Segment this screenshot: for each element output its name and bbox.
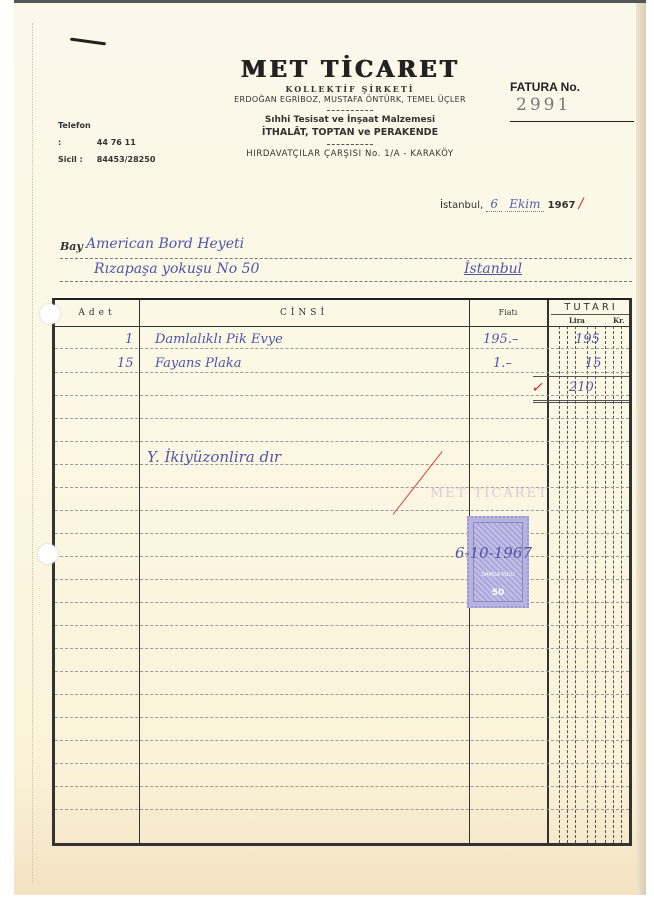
company-rubber-stamp: MET TİCARET	[430, 486, 549, 501]
date-month: Ekim	[505, 197, 544, 212]
addressee-block: Bay American Bord Heyeti Rızapaşa yokuşu…	[60, 236, 632, 282]
company-name: MET TİCARET	[200, 56, 500, 83]
row-line	[55, 740, 629, 741]
total-grid-line	[559, 326, 560, 843]
row-line	[55, 648, 629, 649]
row-2-description: Fayans Plaka	[155, 356, 241, 371]
total-grid-line	[605, 326, 606, 843]
addressee-line-1: Bay American Bord Heyeti	[60, 236, 632, 259]
header-total: TUTARI	[551, 302, 631, 313]
divider	[327, 110, 373, 111]
total-grid-line	[621, 326, 622, 843]
total-header-divider	[551, 314, 629, 315]
total-grid-line	[613, 326, 614, 843]
perforation-edge	[32, 23, 34, 883]
column-divider-qty	[139, 300, 140, 843]
total-grid-line	[567, 326, 568, 843]
row-line	[55, 694, 629, 695]
revenue-stamp-label: DAMGA PULU	[469, 572, 527, 578]
total-grid-line	[595, 326, 596, 843]
table-header: Adet CİNSİ Fiatı TUTARI Lira Kr.	[55, 300, 629, 327]
addressee-line-2: Rızapaşa yokuşu No 50 İstanbul	[60, 259, 632, 282]
company-partners: ERDOĞAN EGRİBOZ, MUSTAFA ÖNTÜRK, TEMEL Ü…	[200, 95, 500, 104]
total-double-line	[533, 402, 629, 403]
header-description: CİNSİ	[139, 308, 469, 318]
punch-hole-top	[40, 304, 60, 324]
header-qty: Adet	[55, 308, 139, 318]
divider	[327, 144, 373, 145]
punch-hole-bottom	[38, 544, 58, 564]
red-check-mark: /	[579, 196, 584, 212]
addressee-name: American Bord Heyeti	[86, 236, 244, 252]
column-divider-total	[547, 300, 549, 843]
red-check-mark: ✓	[531, 380, 543, 396]
row-1-total: 195	[575, 332, 600, 347]
row-line	[55, 441, 629, 442]
row-line	[55, 786, 629, 787]
row-2-qty: 15	[117, 356, 134, 371]
red-cancel-stroke	[393, 451, 443, 515]
addressee-city: İstanbul	[464, 261, 522, 277]
row-line	[55, 510, 629, 511]
phone-label: Telefon :	[58, 117, 94, 151]
invoice-table: Adet CİNSİ Fiatı TUTARI Lira Kr. 1 Damla…	[52, 298, 632, 846]
total-grid-line	[587, 326, 588, 843]
addressee-prefix: Bay	[60, 240, 83, 253]
sicil-row: Sicil : 84453/28250	[58, 151, 155, 168]
row-1-description: Damlalıklı Pik Evye	[155, 332, 283, 347]
stamp-cancel-date: 6-10-1967	[455, 544, 532, 562]
date-day: 6	[486, 197, 502, 212]
header-price: Fiatı	[469, 308, 547, 317]
paper-edge-shadow	[636, 3, 646, 895]
sicil-value: 84453/28250	[97, 155, 156, 164]
date-year: 1967	[548, 200, 576, 211]
company-letterhead: MET TİCARET KOLLEKTİF ŞİRKETİ ERDOĞAN EG…	[200, 56, 500, 159]
row-line	[55, 809, 629, 810]
row-line	[55, 418, 629, 419]
revenue-stamp: DAMGA PULU 50	[467, 516, 529, 608]
row-line	[55, 763, 629, 764]
invoice-number-label: FATURA No.	[510, 80, 580, 94]
phone-value: 44 76 11	[97, 138, 136, 147]
row-line	[55, 717, 629, 718]
header-kurus: Kr.	[613, 316, 625, 325]
company-type: KOLLEKTİF ŞİRKETİ	[200, 84, 500, 94]
company-contacts: Telefon : 44 76 11 Sicil : 84453/28250	[58, 117, 155, 168]
row-1-price: 195.–	[483, 332, 518, 347]
sicil-label: Sicil :	[58, 151, 94, 168]
date-city: İstanbul,	[440, 200, 483, 211]
addressee-street: Rızapaşa yokuşu No 50	[94, 261, 259, 277]
row-line	[55, 579, 629, 580]
grand-total: 210	[569, 380, 594, 395]
row-line	[55, 671, 629, 672]
business-line-1: Sıhhi Tesisat ve İnşaat Malzemesi	[200, 115, 500, 125]
row-line	[55, 464, 629, 465]
row-2-total: 15	[585, 356, 602, 371]
row-line	[55, 602, 629, 603]
row-line	[55, 348, 629, 349]
header-lira: Lira	[569, 316, 585, 325]
row-line	[55, 533, 629, 534]
amount-in-words: Y. İkiyüzonlira dır	[147, 448, 281, 466]
row-line	[55, 556, 629, 557]
row-line	[55, 372, 629, 373]
invoice-date: İstanbul, 6 Ekim 1967 /	[440, 196, 583, 212]
total-double-line	[533, 400, 629, 401]
phone-row: Telefon : 44 76 11	[58, 117, 155, 151]
row-line	[55, 625, 629, 626]
total-grid-line	[575, 326, 576, 843]
business-line-2: İTHALÂT, TOPTAN ve PERAKENDE	[200, 127, 500, 138]
total-sum-line	[533, 376, 629, 377]
invoice-number-block: FATURA No. 2991	[510, 76, 634, 122]
row-1-qty: 1	[125, 332, 133, 347]
row-2-price: 1.–	[493, 356, 512, 371]
company-address: HIRDAVATÇILAR ÇARŞISI No. 1/A - KARAKÖY	[200, 149, 500, 159]
invoice-number: 2991	[516, 95, 571, 115]
revenue-stamp-value: 50	[469, 588, 527, 598]
